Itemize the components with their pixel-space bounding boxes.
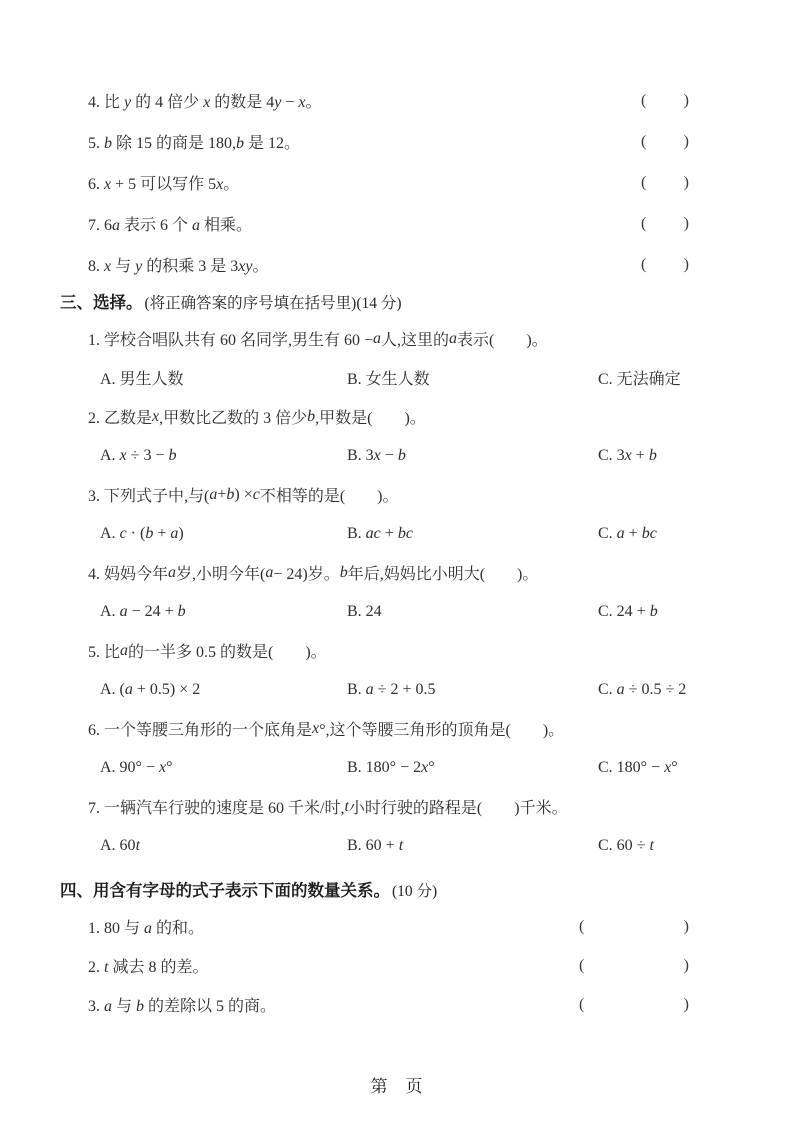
section-note: (10 分) [392, 879, 437, 901]
bracket-open: ( [641, 256, 646, 274]
question-text: 4. 比 y 的 4 倍少 x 的数是 4y − x。 [88, 89, 322, 112]
option-b: B. 180° − 2x° [347, 759, 598, 777]
section-note: (将正确答案的序号填在括号里)(14 分) [145, 291, 402, 313]
expression-section: 四、用含有字母的式子表示下面的数量关系。(10 分) 1. 80 与 a 的和。… [0, 877, 793, 1024]
choice-section: 三、选择。(将正确答案的序号填在括号里)(14 分) 1. 学校合唱队共有 60… [0, 289, 793, 865]
section-title: 三、选择。 [60, 289, 143, 313]
true-false-item: 5. b 除 15 的商是 180,b 是 12。 () [88, 121, 689, 162]
question-stem: 2. 乙数是 x,甲数比乙数的 3 倍少 b,甲数是( )。 [88, 397, 793, 436]
option-a: A. 60t [100, 837, 347, 855]
exam-page: 4. 比 y 的 4 倍少 x 的数是 4y − x。 () 5. b 除 15… [0, 0, 793, 1122]
option-row: A. 90° − x° B. 180° − 2x° C. 180° − x° [0, 748, 793, 787]
answer-bracket: () [641, 256, 689, 274]
question-stem: 5. 比 a 的一半多 0.5 的数是( )。 [88, 631, 793, 670]
option-c: C. 3x + b [598, 447, 793, 465]
bracket-close: ) [684, 918, 689, 936]
question-stem: 7. 一辆汽车行驶的速度是 60 千米/时,t 小时行驶的路程是( )千米。 [88, 787, 793, 826]
bracket-close: ) [684, 174, 689, 192]
option-row: A. a − 24 + b B. 24 C. 24 + b [0, 592, 793, 631]
true-false-section: 4. 比 y 的 4 倍少 x 的数是 4y − x。 () 5. b 除 15… [0, 80, 793, 285]
bracket-close: ) [684, 957, 689, 975]
option-b: B. 女生人数 [347, 366, 598, 389]
page-footer: 第 页 [0, 1072, 793, 1097]
bracket-open: ( [641, 215, 646, 233]
answer-bracket: () [641, 174, 689, 192]
true-false-item: 7. 6a 表示 6 个 a 相乘。 () [88, 203, 689, 244]
option-b: B. a ÷ 2 + 0.5 [347, 681, 598, 699]
bracket-close: ) [684, 256, 689, 274]
option-a: A. 男生人数 [100, 366, 347, 389]
answer-bracket: () [641, 133, 689, 151]
option-row: A. c · (b + a) B. ac + bc C. a + bc [0, 514, 793, 553]
option-row: A. x ÷ 3 − b B. 3x − b C. 3x + b [0, 436, 793, 475]
option-c: C. a + bc [598, 525, 793, 543]
question-text: 1. 80 与 a 的和。 [88, 915, 204, 938]
question-text: 8. x 与 y 的积乘 3 是 3xy。 [88, 253, 268, 276]
answer-bracket: () [641, 92, 689, 110]
bracket-open: ( [641, 133, 646, 151]
question-text: 7. 6a 表示 6 个 a 相乘。 [88, 212, 252, 235]
answer-bracket: () [579, 918, 689, 936]
option-row: A. 男生人数 B. 女生人数 C. 无法确定 [0, 358, 793, 397]
section-title: 四、用含有字母的式子表示下面的数量关系。 [60, 877, 390, 901]
question-stem: 1. 学校合唱队共有 60 名同学,男生有 60 − a 人,这里的 a 表示(… [88, 319, 793, 358]
true-false-item: 8. x 与 y 的积乘 3 是 3xy。 () [88, 244, 689, 285]
bracket-open: ( [641, 92, 646, 110]
footer-page-prefix: 第 [371, 1072, 388, 1097]
option-b: B. 60 + t [347, 837, 598, 855]
bracket-close: ) [684, 92, 689, 110]
option-c: C. 无法确定 [598, 366, 793, 389]
expression-item: 3. a 与 b 的差除以 5 的商。 () [88, 985, 689, 1024]
question-stem: 3. 下列式子中,与(a + b) × c 不相等的是( )。 [88, 475, 793, 514]
bracket-open: ( [579, 918, 584, 936]
question-stem: 6. 一个等腰三角形的一个底角是 x°,这个等腰三角形的顶角是( )。 [88, 709, 793, 748]
option-a: A. a − 24 + b [100, 603, 347, 621]
option-a: A. c · (b + a) [100, 525, 347, 543]
question-stem: 4. 妈妈今年 a 岁,小明今年(a − 24)岁。b 年后,妈妈比小明大( )… [88, 553, 793, 592]
section-heading: 三、选择。(将正确答案的序号填在括号里)(14 分) [60, 289, 793, 319]
option-a: A. 90° − x° [100, 759, 347, 777]
answer-bracket: () [579, 996, 689, 1014]
option-b: B. 24 [347, 603, 598, 621]
option-c: C. 180° − x° [598, 759, 793, 777]
question-text: 2. t 减去 8 的差。 [88, 954, 208, 977]
option-b: B. 3x − b [347, 447, 598, 465]
option-a: A. (a + 0.5) × 2 [100, 681, 347, 699]
section-heading: 四、用含有字母的式子表示下面的数量关系。(10 分) [60, 877, 793, 907]
question-text: 6. x + 5 可以写作 5x。 [88, 171, 239, 194]
option-c: C. 60 ÷ t [598, 837, 793, 855]
option-row: A. 60t B. 60 + t C. 60 ÷ t [0, 826, 793, 865]
bracket-open: ( [579, 996, 584, 1014]
expression-item: 2. t 减去 8 的差。 () [88, 946, 689, 985]
true-false-item: 6. x + 5 可以写作 5x。 () [88, 162, 689, 203]
footer-page-suffix: 页 [406, 1072, 423, 1097]
question-text: 3. a 与 b 的差除以 5 的商。 [88, 993, 276, 1016]
bracket-close: ) [684, 215, 689, 233]
option-c: C. a ÷ 0.5 ÷ 2 [598, 681, 793, 699]
option-row: A. (a + 0.5) × 2 B. a ÷ 2 + 0.5 C. a ÷ 0… [0, 670, 793, 709]
bracket-close: ) [684, 996, 689, 1014]
answer-bracket: () [579, 957, 689, 975]
answer-bracket: () [641, 215, 689, 233]
bracket-close: ) [684, 133, 689, 151]
option-b: B. ac + bc [347, 525, 598, 543]
option-c: C. 24 + b [598, 603, 793, 621]
true-false-item: 4. 比 y 的 4 倍少 x 的数是 4y − x。 () [88, 80, 689, 121]
option-a: A. x ÷ 3 − b [100, 447, 347, 465]
bracket-open: ( [579, 957, 584, 975]
expression-item: 1. 80 与 a 的和。 () [88, 907, 689, 946]
bracket-open: ( [641, 174, 646, 192]
question-text: 5. b 除 15 的商是 180,b 是 12。 [88, 130, 300, 153]
